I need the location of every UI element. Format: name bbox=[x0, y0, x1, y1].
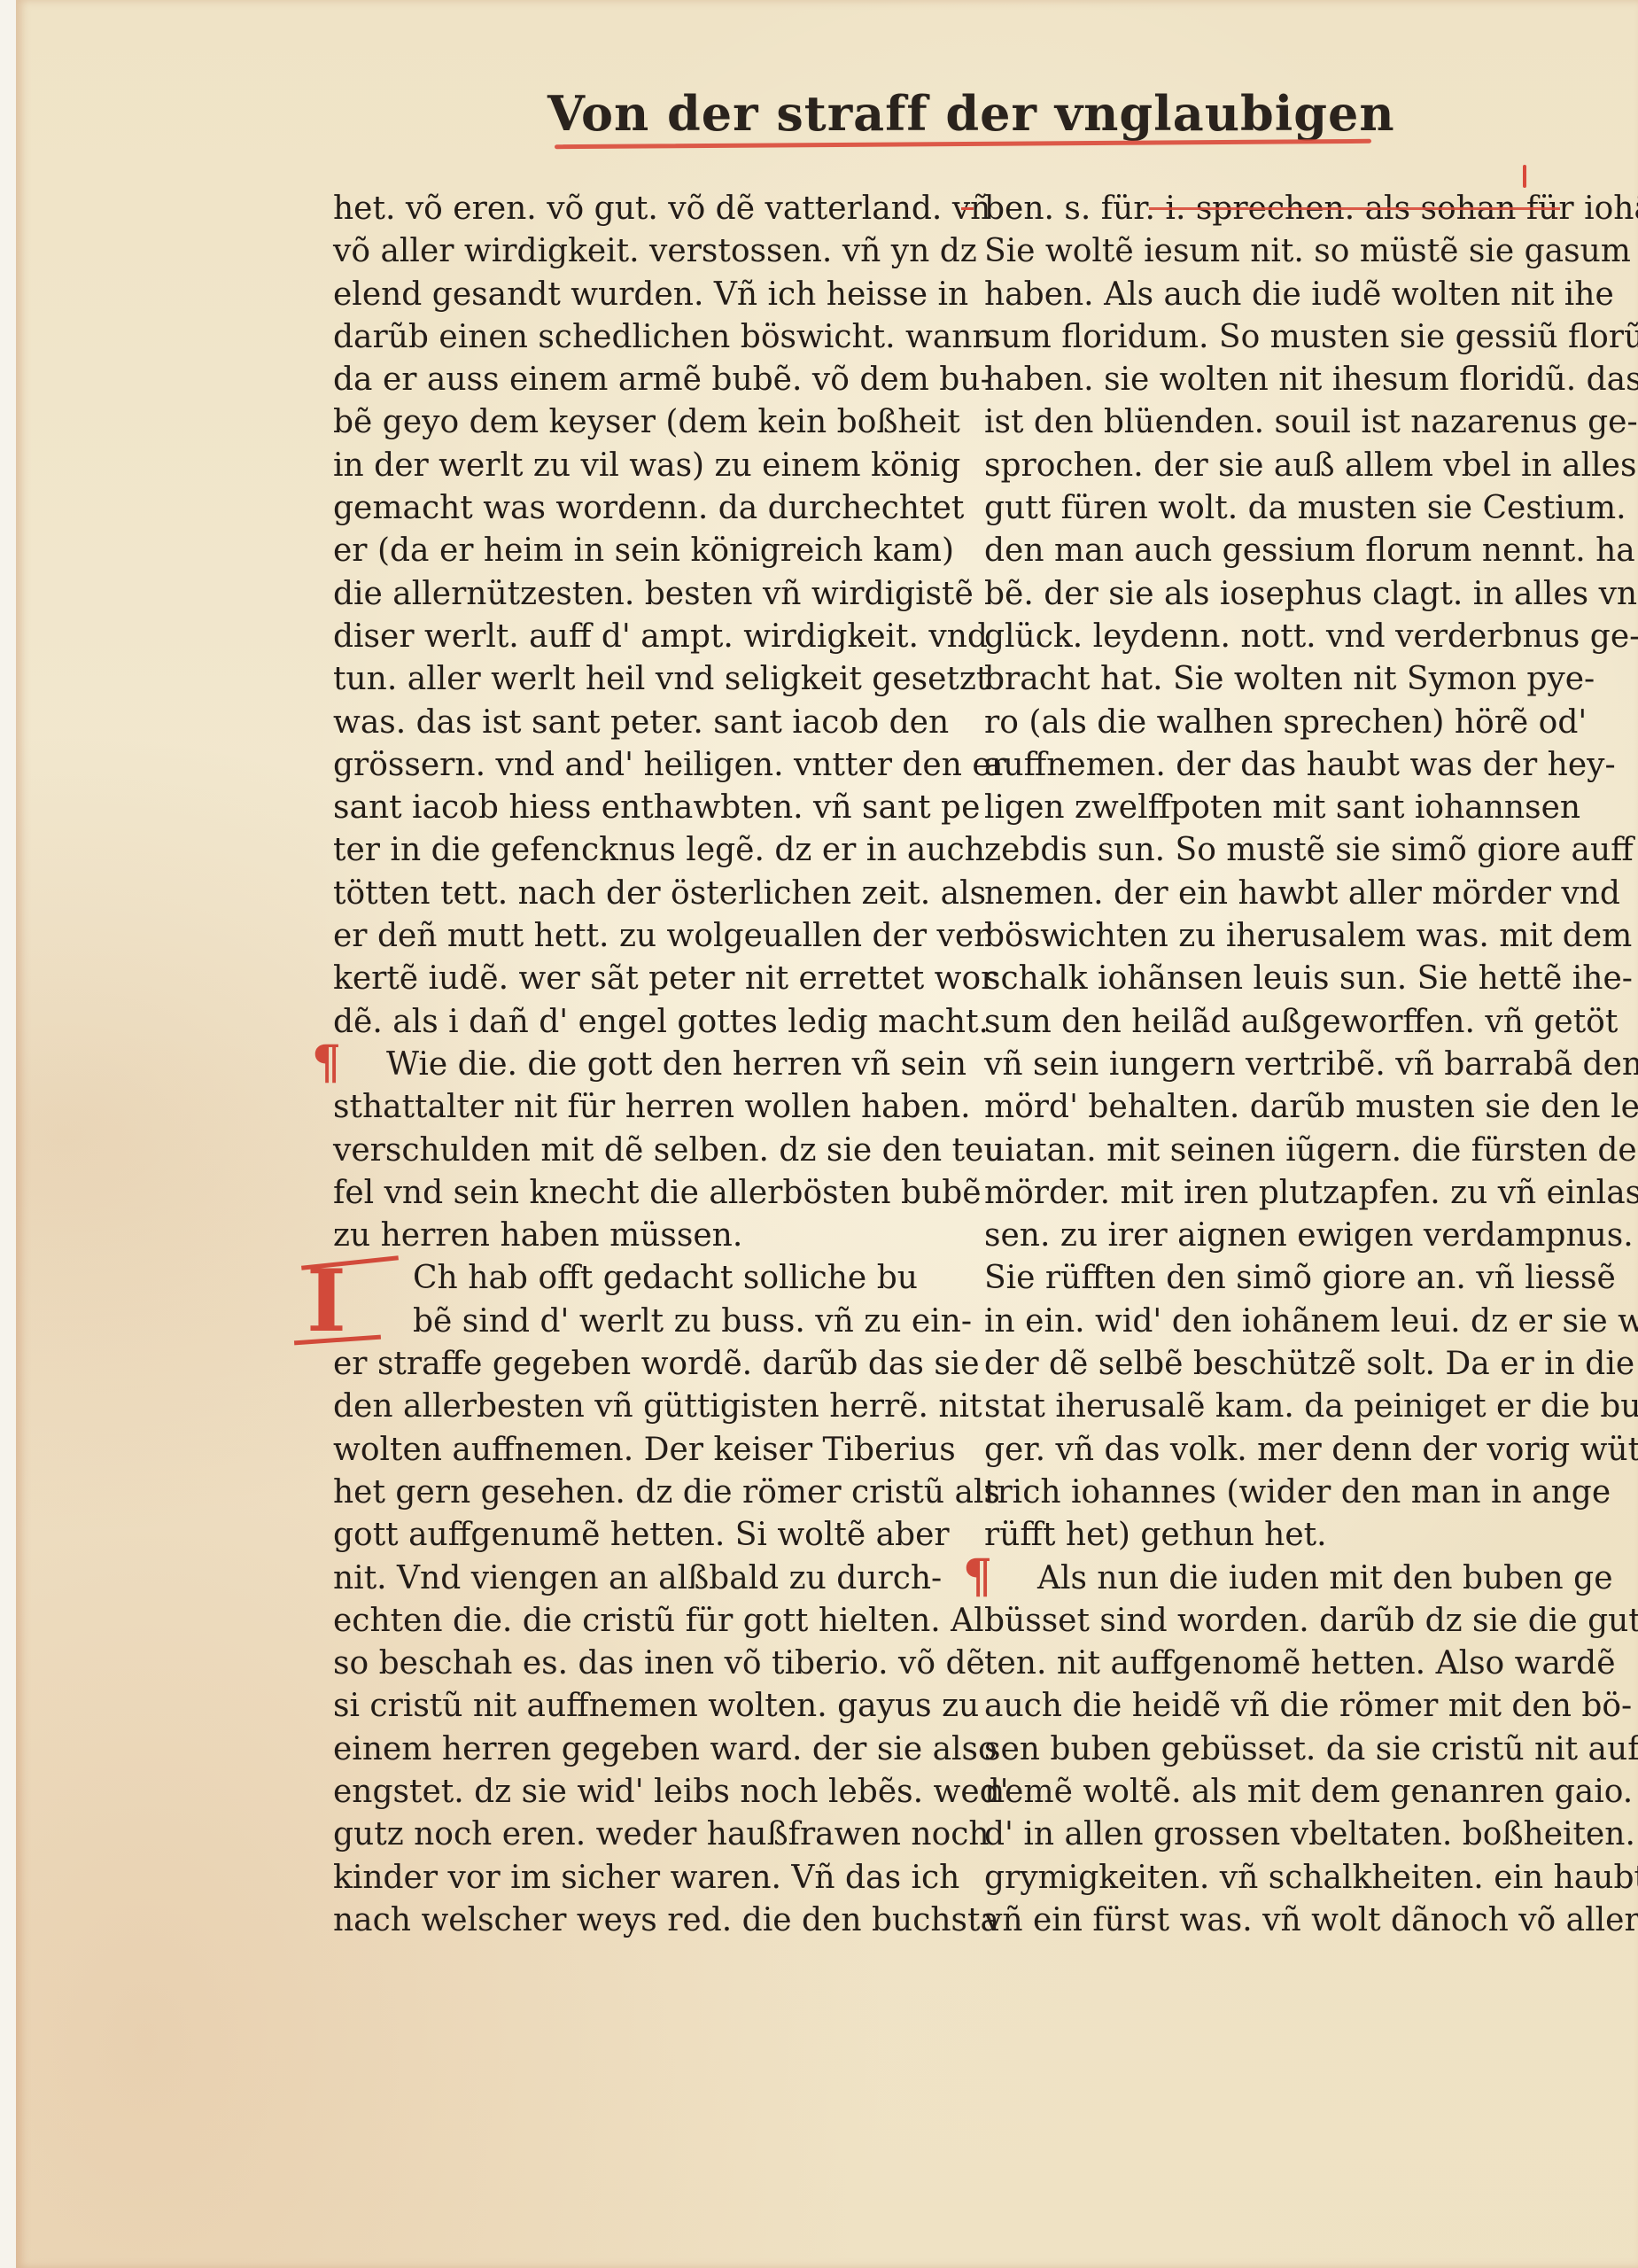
text-line: grymigkeiten. vñ schalkheiten. ein haubt bbox=[984, 1857, 1569, 1899]
text-line: trich iohannes (wider den man in ange bbox=[984, 1472, 1569, 1514]
text-line: bẽ geyo dem keyser (dem kein boßheit bbox=[333, 401, 918, 444]
text-line: tötten tett. nach der österlichen zeit. … bbox=[333, 873, 918, 915]
text-line: sen buben gebüsset. da sie cristũ nit au… bbox=[984, 1728, 1569, 1771]
text-line: kinder vor im sicher waren. Vñ das ich bbox=[333, 1857, 918, 1899]
text-line: si cristũ nit auffnemen wolten. gayus zu bbox=[333, 1685, 918, 1728]
text-line: ist den blüenden. souil ist nazarenus ge… bbox=[984, 401, 1569, 444]
text-line: Als nun die iuden mit den buben ge bbox=[1037, 1560, 1613, 1596]
text-line: elend gesandt wurden. Vñ ich heisse in bbox=[333, 274, 918, 316]
text-line: sum floridum. So musten sie gessiũ florũ bbox=[984, 316, 1569, 359]
text-line: stat iherusalẽ kam. da peiniget er die b… bbox=[984, 1386, 1569, 1428]
struck-through-line: ben. s. für. i. sprechen. als sohan für … bbox=[984, 188, 1569, 230]
text-line: bẽ sind d' werlt zu buss. vñ zu ein- bbox=[333, 1301, 918, 1343]
red-paragraph-mark-icon: ¶ bbox=[312, 1037, 341, 1090]
chapter-heading-line: fel vnd sein knecht die allerbösten bubẽ bbox=[333, 1172, 918, 1215]
text-line: d' in allen grossen vbeltaten. boßheiten… bbox=[984, 1814, 1569, 1856]
text-line: sen. zu irer aignen ewigen verdampnus. bbox=[984, 1215, 1569, 1257]
text-line: sum den heilãd außgeworffen. vñ getöt bbox=[984, 1001, 1569, 1044]
text-line: da er auss einem armẽ bubẽ. võ dem bu- bbox=[333, 359, 918, 401]
text-line: ger. vñ das volk. mer denn der vorig wüt bbox=[984, 1429, 1569, 1472]
text-line: Ch hab offt gedacht solliche bu bbox=[413, 1260, 918, 1296]
text-line: in der werlt zu vil was) zu einem könig bbox=[333, 445, 918, 487]
text-line: auffnemen. der das haubt was der hey- bbox=[984, 744, 1569, 787]
text-line: auch die heidẽ vñ die römer mit den bö- bbox=[984, 1685, 1569, 1728]
running-head: Von der straff der vnglaubigen bbox=[547, 78, 1371, 149]
red-margin-mark bbox=[961, 207, 974, 210]
text-line: vñ sein iungern vertribẽ. vñ barrabã den bbox=[984, 1044, 1569, 1086]
text-line: der dẽ selbẽ beschützẽ solt. Da er in di… bbox=[984, 1343, 1569, 1386]
text-line: ten. nit auffgenomẽ hetten. Also wardẽ bbox=[984, 1643, 1569, 1685]
right-column: ben. s. für. i. sprechen. als sohan für … bbox=[984, 188, 1569, 1942]
text-line: büsset sind worden. darũb dz sie die gut bbox=[984, 1600, 1569, 1643]
book-page: Von der straff der vnglaubigen het. võ e… bbox=[16, 0, 1638, 2268]
text-line: böswichten zu iherusalem was. mit dem bbox=[984, 915, 1569, 958]
text-line: gemacht was wordenn. da durchechtet bbox=[333, 487, 918, 530]
text-line: nach welscher weys red. die den buchsta bbox=[333, 1899, 918, 1942]
text-line: er (da er heim in sein königreich kam) bbox=[333, 530, 918, 572]
text-line: gott auffgenumẽ hetten. Si woltẽ aber bbox=[333, 1514, 918, 1557]
text-line: sant iacob hiess enthawbten. vñ sant pe bbox=[333, 787, 918, 829]
text-line: gutt füren wolt. da musten sie Cestium. bbox=[984, 487, 1569, 530]
chapter-heading-line: verschulden mit dẽ selben. dz sie den te… bbox=[333, 1130, 918, 1172]
text-line: die allernützesten. besten vñ wirdigistẽ bbox=[333, 573, 918, 616]
red-margin-mark bbox=[1523, 165, 1526, 188]
text-line: haben. Als auch die iudẽ wolten nit ihe bbox=[984, 274, 1569, 316]
text-line: ligen zwelffpoten mit sant iohannsen bbox=[984, 787, 1569, 829]
left-column: het. võ eren. võ gut. võ dẽ vatterland. … bbox=[333, 188, 918, 1942]
text-line: het gern gesehen. dz die römer cristũ al… bbox=[333, 1472, 918, 1514]
text-line: bracht hat. Sie wolten nit Symon pye- bbox=[984, 658, 1569, 701]
text-line: uiatan. mit seinen iũgern. die fürsten d… bbox=[984, 1130, 1569, 1172]
red-strikethrough bbox=[1149, 207, 1560, 210]
text-line: in ein. wid' den iohãnem leui. dz er sie… bbox=[984, 1301, 1569, 1343]
text-line: engstet. dz sie wid' leibs noch lebẽs. w… bbox=[333, 1771, 918, 1814]
text-line: võ aller wirdigkeit. verstossen. vñ yn d… bbox=[333, 230, 918, 273]
text-line: darũb einen schedlichen böswicht. wann bbox=[333, 316, 918, 359]
text-line: tun. aller werlt heil vnd seligkeit gese… bbox=[333, 658, 918, 701]
chapter-heading-line: zu herren haben müssen. bbox=[333, 1215, 918, 1257]
text-line: dẽ. als i dañ d' engel gottes ledig mach… bbox=[333, 1001, 918, 1044]
chapter-heading-line: sthattalter nit für herren wollen haben. bbox=[333, 1086, 918, 1129]
text-line: mörder. mit iren plutzapfen. zu vñ einla… bbox=[984, 1172, 1569, 1215]
text-line: ro (als die walhen sprechen) hörẽ od' bbox=[984, 702, 1569, 744]
text-line: glück. leydenn. nott. vnd verderbnus ge- bbox=[984, 616, 1569, 658]
running-head-text: Von der straff der vnglaubigen bbox=[547, 85, 1395, 142]
text-line: grössern. vnd and' heiligen. vntter den … bbox=[333, 744, 918, 787]
text-line: rüfft het) gethun het. bbox=[984, 1514, 1569, 1557]
text-line: diser werlt. auff d' ampt. wirdigkeit. v… bbox=[333, 616, 918, 658]
text-line: haben. sie wolten nit ihesum floridũ. da… bbox=[984, 359, 1569, 401]
text-line: den man auch gessium florum nennt. ha bbox=[984, 530, 1569, 572]
text-line: sprochen. der sie auß allem vbel in alle… bbox=[984, 445, 1569, 487]
text-line: wolten auffnemen. Der keiser Tiberius bbox=[333, 1429, 918, 1472]
red-paragraph-mark-icon: ¶ bbox=[963, 1550, 992, 1604]
text-line: zebdis sun. So mustẽ sie simõ giore auff bbox=[984, 829, 1569, 872]
text-line: er deñ mutt hett. zu wolgeuallen der ver bbox=[333, 915, 918, 958]
text-line: echten die. die cristũ für gott hielten.… bbox=[333, 1600, 918, 1643]
paragraph-start-line: ¶ Als nun die iuden mit den buben ge bbox=[984, 1557, 1569, 1600]
text-line: kertẽ iudẽ. wer sãt peter nit errettet w… bbox=[333, 958, 918, 1000]
text-line: vñ ein fürst was. vñ wolt dãnoch võ alle… bbox=[984, 1899, 1569, 1942]
text-line: nemen. der ein hawbt aller mörder vnd bbox=[984, 873, 1569, 915]
text-line: bẽ. der sie als iosephus clagt. in alles… bbox=[984, 573, 1569, 616]
text-line-with-initial: I Ch hab offt gedacht solliche bu bbox=[333, 1257, 918, 1300]
text-line: nemẽ woltẽ. als mit dem genanren gaio. bbox=[984, 1771, 1569, 1814]
text-line: einem herren gegeben ward. der sie also bbox=[333, 1728, 918, 1771]
text-line: mörd' behalten. darũb musten sie den le- bbox=[984, 1086, 1569, 1129]
text-line: den allerbesten vñ güttigisten herrẽ. ni… bbox=[333, 1386, 918, 1428]
text-line: Sie woltẽ iesum nit. so müstẽ sie gasum bbox=[984, 230, 1569, 273]
text-line: was. das ist sant peter. sant iacob den bbox=[333, 702, 918, 744]
text-line: nit. Vnd viengen an alßbald zu durch- bbox=[333, 1557, 918, 1600]
text-line: gutz noch eren. weder haußfrawen noch bbox=[333, 1814, 918, 1856]
text-line: het. võ eren. võ gut. võ dẽ vatterland. … bbox=[333, 188, 918, 230]
text-line: Sie rüfften den simõ giore an. vñ liessẽ bbox=[984, 1257, 1569, 1300]
text-line: ter in die gefencknus legẽ. dz er in auc… bbox=[333, 829, 918, 872]
text-line: so beschah es. das inen võ tiberio. võ d… bbox=[333, 1643, 918, 1685]
chapter-heading-line: ¶ Wie die. die gott den herren vñ sein bbox=[333, 1044, 918, 1086]
chapter-heading-text: Wie die. die gott den herren vñ sein bbox=[386, 1046, 966, 1083]
text-line: schalk iohãnsen leuis sun. Sie hettẽ ihe… bbox=[984, 958, 1569, 1000]
text-line: er straffe gegeben wordẽ. darũb das sie bbox=[333, 1343, 918, 1386]
